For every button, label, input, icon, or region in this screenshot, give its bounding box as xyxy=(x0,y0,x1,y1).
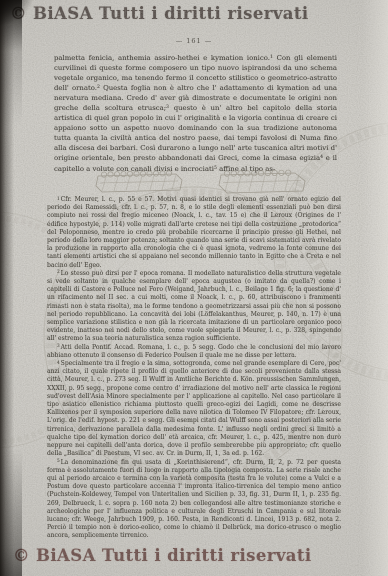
footnote-1: 1Cfr. Meurer, l. c., p. 55 e 57. Motivi … xyxy=(47,196,341,270)
page-edge-highlight xyxy=(362,0,388,576)
main-text-segment: affine al tipo as- xyxy=(217,165,275,173)
watermark-bottom: © BiASA Tutti i diritti riservati xyxy=(13,546,312,565)
footnote-text: Lo stesso può dirsi per l' epoca romana.… xyxy=(47,270,341,343)
footnote-2: 2Lo stesso può dirsi per l' epoca romana… xyxy=(47,270,341,344)
footnote-4: 4Specialmente tra il fregio e la sima, s… xyxy=(47,360,341,458)
scanned-book-page: © BiASA Tutti i diritti riservati — 161 … xyxy=(0,0,388,576)
main-paragraph: palmetta fenicia, anthemia assiro-hethei… xyxy=(54,53,337,174)
footnote-5: 5La denominazione fin qui usata di „Kori… xyxy=(47,459,341,541)
footnote-number: 2 xyxy=(57,269,60,274)
footnote-text: Atti della Pontif. Accad. Romana, l. c.,… xyxy=(47,344,341,359)
footnote-number: 3 xyxy=(57,343,60,348)
footnote-number: 4 xyxy=(57,360,60,365)
footnote-text: Cfr. Meurer, l. c., p. 55 e 57. Motivi q… xyxy=(47,196,341,269)
book-binding-shadow xyxy=(0,0,14,576)
footnote-text: Specialmente tra il fregio e la sima, so… xyxy=(47,360,341,457)
main-text-segment: questo è un' altro bel capitolo della st… xyxy=(54,104,337,162)
footnote-3: 3Atti della Pontif. Accad. Romana, l. c.… xyxy=(47,344,341,360)
footnotes-block: 1Cfr. Meurer, l. c., p. 55 e 57. Motivi … xyxy=(47,196,341,541)
watermark-top: © BiASA Tutti i diritti riservati xyxy=(10,4,309,23)
footnote-text: La denominazione fin qui usata di „Korin… xyxy=(47,459,341,540)
page-number: — 161 — xyxy=(0,37,388,45)
footnote-number: 1 xyxy=(57,196,60,201)
footnote-number: 5 xyxy=(57,458,60,463)
main-text-segment: palmetta fenicia, anthemia assiro-hethei… xyxy=(54,54,270,62)
corner-shadow xyxy=(0,0,34,26)
